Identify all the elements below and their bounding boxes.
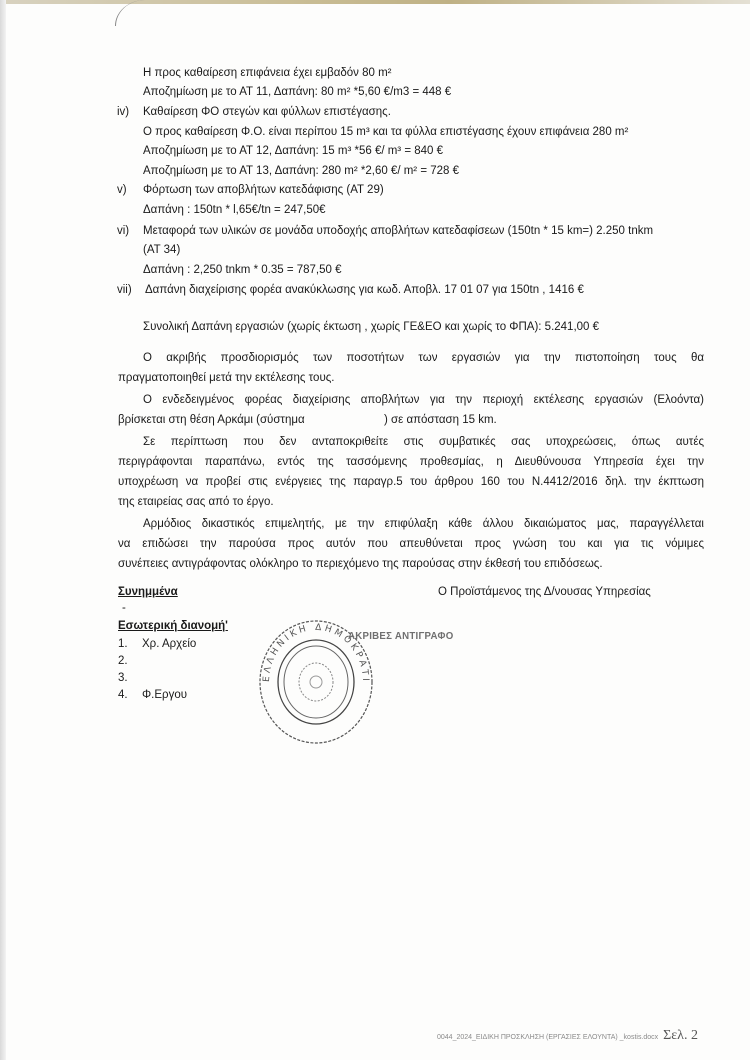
item-line: Καθαίρεση ΦΟ στεγών και φύλλων επιστέγασ… — [143, 106, 391, 118]
item-line: Δαπάνη : 150tn * l,65€/tn = 247,50€ — [143, 204, 326, 216]
paragraph-line: συνέπειες αντιγράφοντας ολόκληρο το περι… — [118, 558, 603, 570]
distribution-num: 4. — [118, 689, 128, 701]
page-number: Σελ. 2 — [663, 1028, 698, 1043]
page-footer: 0044_2024_ΕΙΔΙΚΗ ΠΡΟΣΚΛΗΣΗ (ΕΡΓΑΣΙΕΣ ΕΛΟ… — [437, 1028, 698, 1044]
attachments-heading: Συνημμένα — [118, 586, 178, 598]
stamp-true-copy-label: ΑΚΡΙΒΕΣ ΑΝΤΙΓΡΑΦΟ — [348, 630, 454, 642]
paragraph-line: Αρμόδιος δικαστικός επιμελητής, με την ε… — [143, 518, 704, 530]
attachments-dash: - — [122, 602, 126, 614]
item-line: Η προς καθαίρεση επιφάνεια έχει εμβαδόν … — [143, 67, 392, 79]
total-cost: Συνολική Δαπάνη εργασιών (χωρίς έκτωση ,… — [143, 321, 599, 333]
scan-left-edge — [0, 0, 6, 1060]
paragraph-line: βρίσκεται στη θέση Αρκάμι (σύστημα — [118, 414, 305, 426]
item-line: Δαπάνη διαχείρισης φορέα ανακύκλωσης για… — [145, 284, 584, 296]
item-line: Αποζημίωση με το ΑΤ 11, Δαπάνη: 80 m² *5… — [143, 86, 451, 98]
distribution-heading: Εσωτερική διανομή' — [118, 620, 228, 632]
distribution-item: Χρ. Αρχείο — [142, 638, 196, 650]
distribution-item: Φ.Εργου — [142, 689, 187, 701]
item-marker: iv) — [117, 106, 129, 118]
item-marker: v) — [117, 184, 127, 196]
distribution-num: 2. — [118, 655, 128, 667]
paragraph-line: ) σε απόσταση 15 km. — [384, 414, 497, 426]
paragraph-line: Σε περίπτωση που δεν ανταποκριθείτε στις… — [143, 436, 704, 448]
item-line: Ο προς καθαίρεση Φ.Ο. είναι περίπου 15 m… — [143, 126, 628, 138]
item-line: (ΑΤ 34) — [143, 244, 180, 256]
scan-top-edge — [0, 0, 750, 4]
footer-filename: 0044_2024_ΕΙΔΙΚΗ ΠΡΟΣΚΛΗΣΗ (ΕΡΓΑΣΙΕΣ ΕΛΟ… — [437, 1034, 658, 1041]
paragraph-line: υποχρέωση να προβεί στις ενέργειες της π… — [118, 476, 704, 488]
distribution-num: 1. — [118, 638, 128, 650]
paragraph-line: πραγματοποιηθεί μετά την εκτέλεσης τους. — [118, 372, 334, 384]
item-line: Μεταφορά των υλικών σε μονάδα υποδοχής α… — [143, 225, 653, 237]
distribution-num: 3. — [118, 672, 128, 684]
paragraph-line: περιγράφονται παραπάνω, εντός της τασσόμ… — [118, 456, 704, 468]
item-marker: vi) — [117, 225, 129, 237]
paragraph-line: Ο ενδεδειγμένος φορέας διαχείρισης αποβλ… — [143, 394, 704, 406]
paragraph-line: της εταιρείας σας από το έργο. — [118, 496, 274, 508]
paragraph-line: Ο ακριβής προσδιορισμός των ποσοτήτων τω… — [143, 352, 704, 364]
item-line: Δαπάνη : 2,250 tnkm * 0.35 = 787,50 € — [143, 264, 342, 276]
item-line: Αποζημίωση με το ΑΤ 12, Δαπάνη: 15 m³ *5… — [143, 145, 443, 157]
item-line: Αποζημίωση με το ΑΤ 13, Δαπάνη: 280 m² *… — [143, 165, 459, 177]
item-marker: vii) — [117, 284, 132, 296]
paragraph-line: να επιδώσει την παρούσα προς αυτόν που α… — [118, 538, 704, 550]
item-line: Φόρτωση των αποβλήτων κατεδάφισης (ΑΤ 29… — [143, 184, 384, 196]
signatory-title: Ο Προϊστάμενος της Δ/νουσας Υπηρεσίας — [438, 586, 651, 598]
